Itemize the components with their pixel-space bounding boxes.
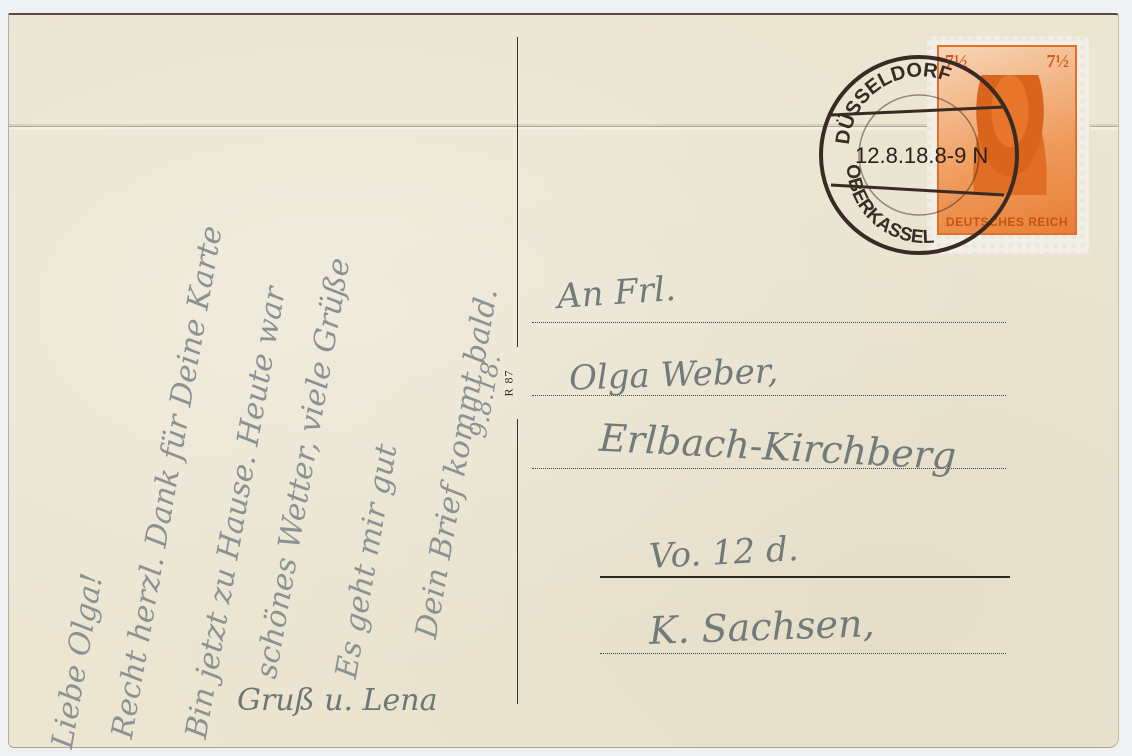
center-divider-top xyxy=(517,37,518,347)
message-column-5: Es geht mir gut xyxy=(329,441,405,681)
center-divider-bottom xyxy=(517,419,518,704)
address-line-4-solid xyxy=(600,576,1010,578)
series-code: R 87 xyxy=(502,369,517,396)
address-line-5 xyxy=(600,653,1006,654)
stamp-value-right: 7½ xyxy=(1047,51,1070,72)
signature: Gruß u. Lena xyxy=(237,683,437,718)
message-column-6: Dein Brief kommt bald. xyxy=(409,286,505,641)
address-text-2: Olga Weber, xyxy=(568,351,778,398)
message-column-1: Liebe Olga! xyxy=(45,571,110,751)
address-text-5: K. Sachsen, xyxy=(648,601,875,653)
address-line-1 xyxy=(532,322,1006,323)
address-text-1: An Frl. xyxy=(556,269,677,317)
address-text-4: Vo. 12 d. xyxy=(648,529,799,577)
postmark-date: 12.8.18.8-9 N xyxy=(855,143,988,168)
postmark-cancel: DÜSSELDORF 12.8.18.8-9 N OBERKASSEL xyxy=(819,45,1019,265)
svg-text:DÜSSELDORF: DÜSSELDORF xyxy=(832,59,954,146)
postmark-city: DÜSSELDORF xyxy=(832,59,954,146)
postmark-ring-icon: DÜSSELDORF 12.8.18.8-9 N OBERKASSEL xyxy=(819,45,1019,265)
